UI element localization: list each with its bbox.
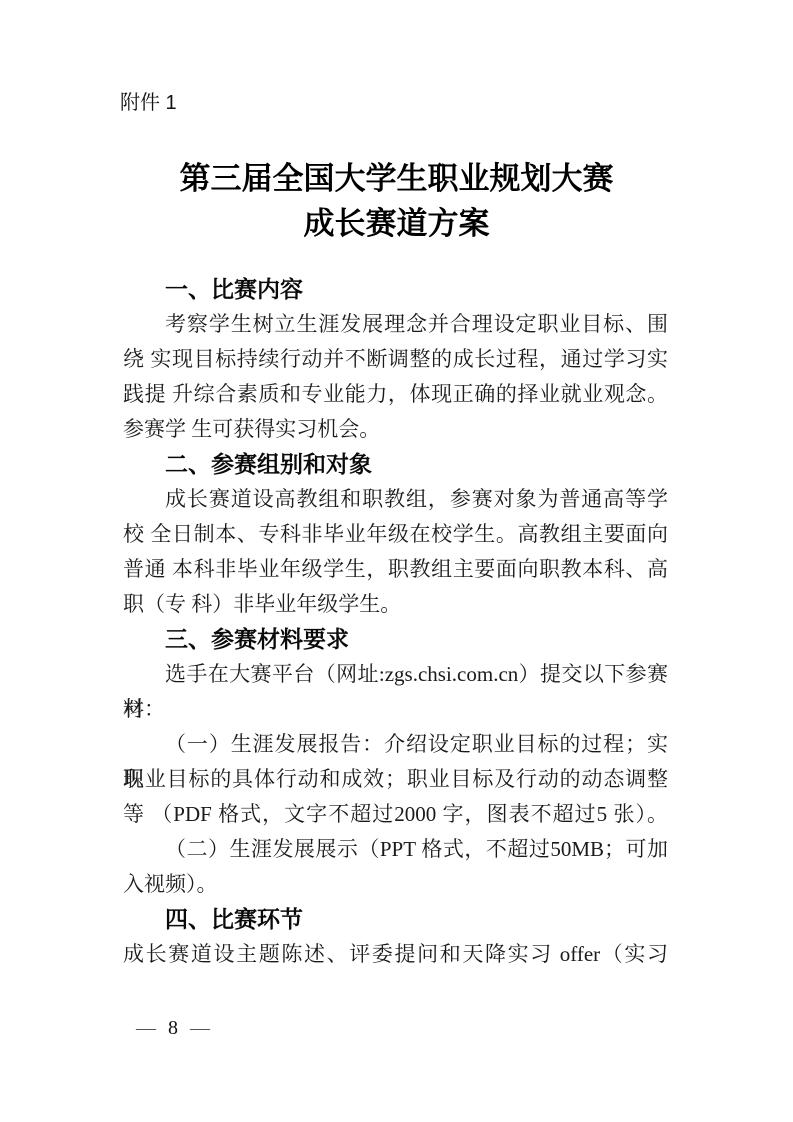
document-body: 一、比赛内容考察学生树立生涯发展理念并合理设定职业目标、围绕 实现目标持续行动并… (123, 272, 668, 972)
section-heading: 一、比赛内容 (123, 272, 668, 307)
paragraph-line: 成长赛道设高教组和职教组，参赛对象为普通高等学 (123, 482, 668, 517)
paragraph-line: 选手在大赛平台（网址:zgs.chsi.com.cn）提交以下参赛 材 (123, 657, 668, 692)
attachment-label: 附件 1 (120, 90, 177, 116)
paragraph-line: 践提 升综合素质和专业能力，体现正确的择业就业观念。 (123, 377, 668, 412)
paragraph-line: 普通 本科非毕业年级学生，职教组主要面向职教本科、高 (123, 552, 668, 587)
paragraph-line: 料： (123, 692, 668, 727)
paragraph-line: 考察学生树立生涯发展理念并合理设定职业目标、围 (123, 307, 668, 342)
paragraph-line: 校 全日制本、专科非毕业年级在校学生。高教组主要面向 (123, 517, 668, 552)
paragraph-line: 职（专 科）非毕业年级学生。 (123, 587, 668, 622)
document-page: 附件 1 第三届全国大学生职业规划大赛 成长赛道方案 一、比赛内容考察学生树立生… (0, 0, 793, 1122)
page-footer: —8— (136, 1013, 210, 1043)
paragraph-line: 绕 实现目标持续行动并不断调整的成长过程，通过学习实 (123, 342, 668, 377)
footer-dash-right: — (190, 1017, 210, 1039)
footer-dash-left: — (136, 1017, 156, 1039)
paragraph-line: 成长赛道设主题陈述、评委提问和天降实习 offer（实习 (123, 937, 668, 972)
paragraph-line: 参赛学 生可获得实习机会。 (123, 412, 668, 447)
paragraph-line: （一）生涯发展报告：介绍设定职业目标的过程；实现 (123, 727, 668, 762)
document-title-line-1: 第三届全国大学生职业规划大赛 (180, 161, 614, 196)
section-heading: 三、参赛材料要求 (123, 622, 668, 657)
section-heading: 四、比赛环节 (123, 902, 668, 937)
paragraph-line: （二）生涯发展展示（PPT 格式，不超过50MB；可加 (123, 832, 668, 867)
paragraph-line: 等 （PDF 格式，文字不超过2000 字，图表不超过5 张）。 (123, 797, 668, 832)
paragraph-line: 入视频）。 (123, 867, 668, 902)
paragraph-line: 职业目标的具体行动和成效；职业目标及行动的动态调整 (123, 762, 668, 797)
footer-page-number: 8 (168, 1013, 178, 1043)
document-title-line-2: 成长赛道方案 (304, 206, 490, 241)
section-heading: 二、参赛组别和对象 (123, 447, 668, 482)
document-title: 第三届全国大学生职业规划大赛 成长赛道方案 (0, 156, 793, 246)
